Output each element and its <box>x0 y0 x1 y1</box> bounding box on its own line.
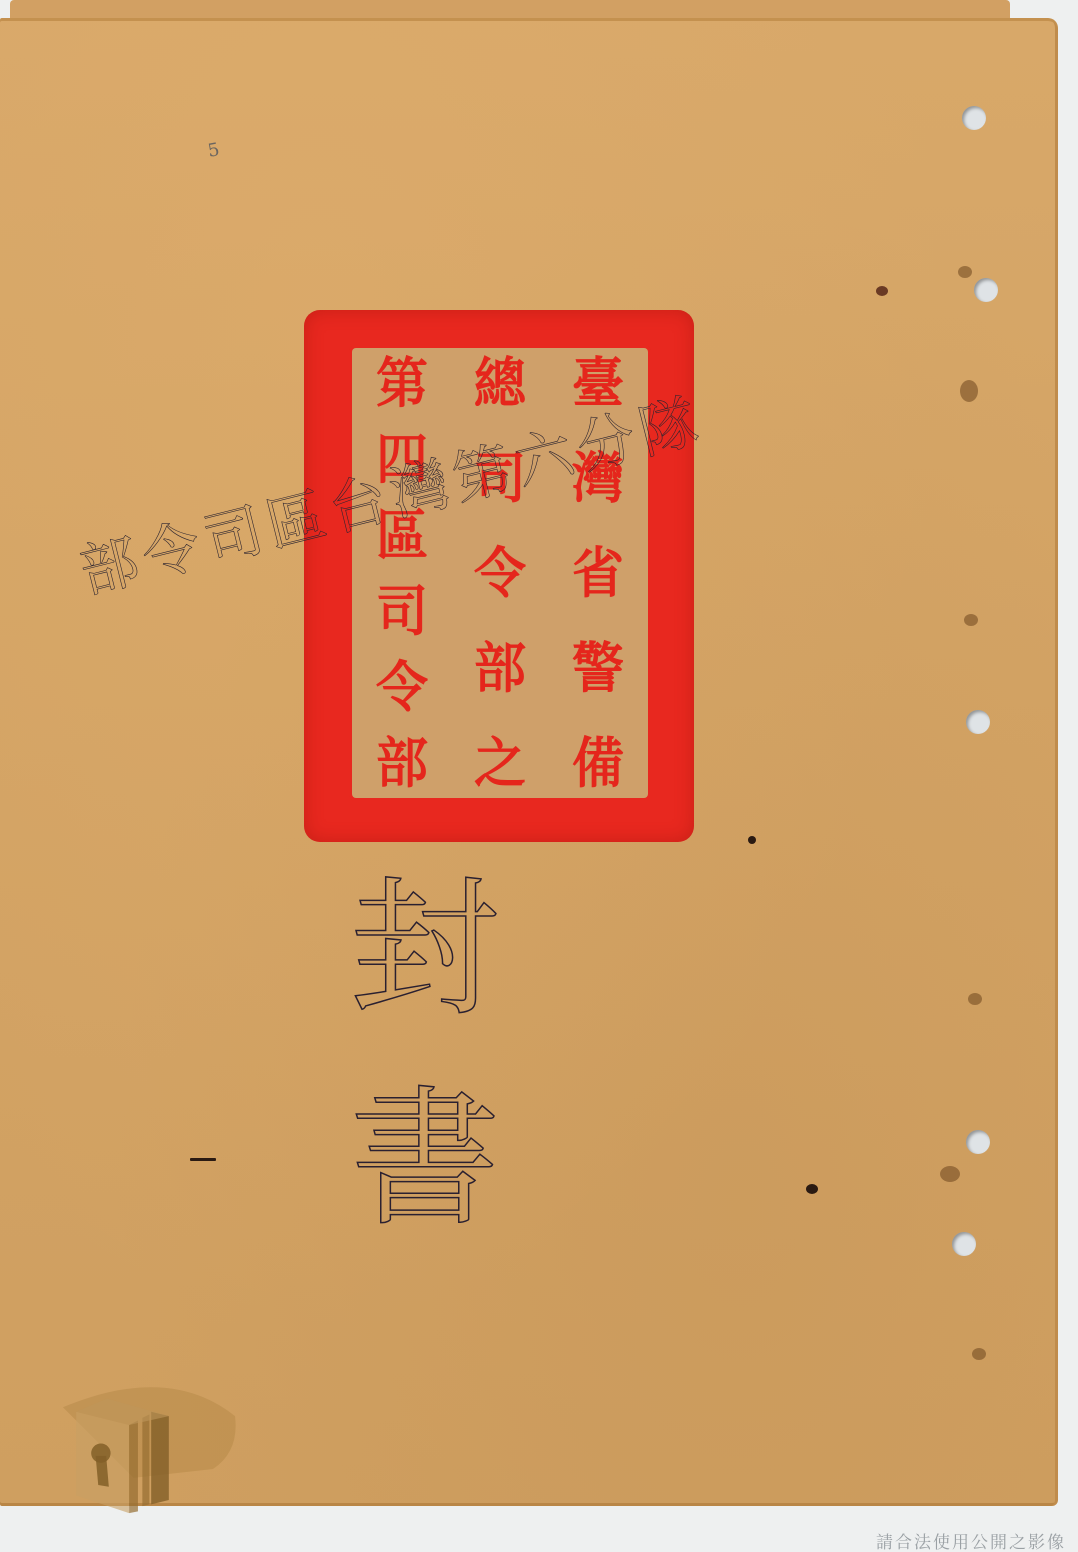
punch-dent <box>960 380 978 402</box>
pencil-corner-mark: 5 <box>206 139 221 162</box>
punch-hole <box>962 106 986 130</box>
handwritten-title-char-1: 封 <box>350 828 500 1044</box>
seal-char: 令 <box>474 547 526 602</box>
punch-dent <box>958 266 972 278</box>
document-page: 臺 灣 省 警 備 總 司 令 部 之 第 四 區 司 <box>0 18 1058 1506</box>
ink-speck <box>806 1184 818 1194</box>
ink-speck <box>748 836 756 844</box>
seal-char: 備 <box>572 737 624 792</box>
seal-char: 總 <box>474 357 526 412</box>
seal-char: 司 <box>376 585 428 640</box>
seal-char: 第 <box>376 357 428 412</box>
punch-hole <box>966 1130 990 1154</box>
seal-char: 省 <box>572 547 624 602</box>
punch-dent <box>964 614 978 626</box>
seal-char: 令 <box>376 661 428 716</box>
ink-speck <box>876 286 888 296</box>
seal-char: 部 <box>474 642 526 697</box>
ink-speck <box>190 1158 216 1161</box>
book-keyhole-icon <box>60 1372 260 1522</box>
usage-notice-caption: 請合法使用公開之影像 <box>876 1528 1066 1552</box>
punch-dent <box>968 993 982 1005</box>
handwritten-title-char-2: 書 <box>350 1038 500 1254</box>
seal-char: 部 <box>376 737 428 792</box>
punch-hole <box>952 1232 976 1256</box>
seal-char: 之 <box>474 737 526 792</box>
paper-top-edge <box>10 0 1010 20</box>
seal-char: 警 <box>572 642 624 697</box>
punch-hole <box>966 710 990 734</box>
punch-dent <box>972 1348 986 1360</box>
punch-hole <box>974 278 998 302</box>
seal-column: 第 四 區 司 令 部 <box>360 358 444 790</box>
punch-dent <box>940 1166 960 1182</box>
